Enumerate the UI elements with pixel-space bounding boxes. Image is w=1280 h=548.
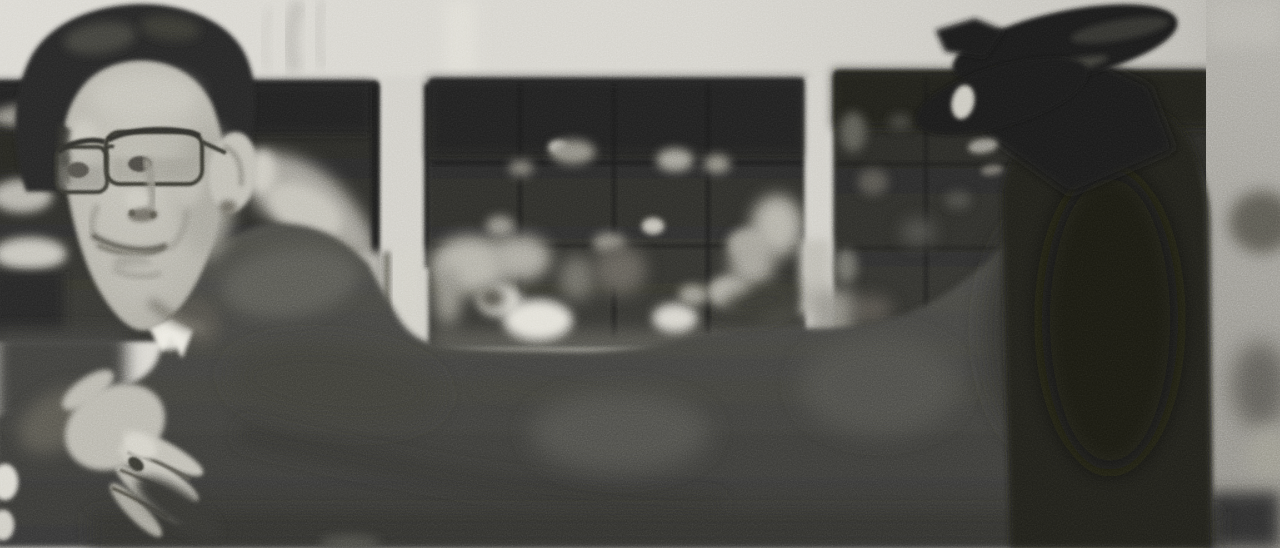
film-grain-soft — [0, 0, 1280, 548]
photograph — [0, 0, 1280, 548]
photo-canvas — [0, 0, 1280, 548]
